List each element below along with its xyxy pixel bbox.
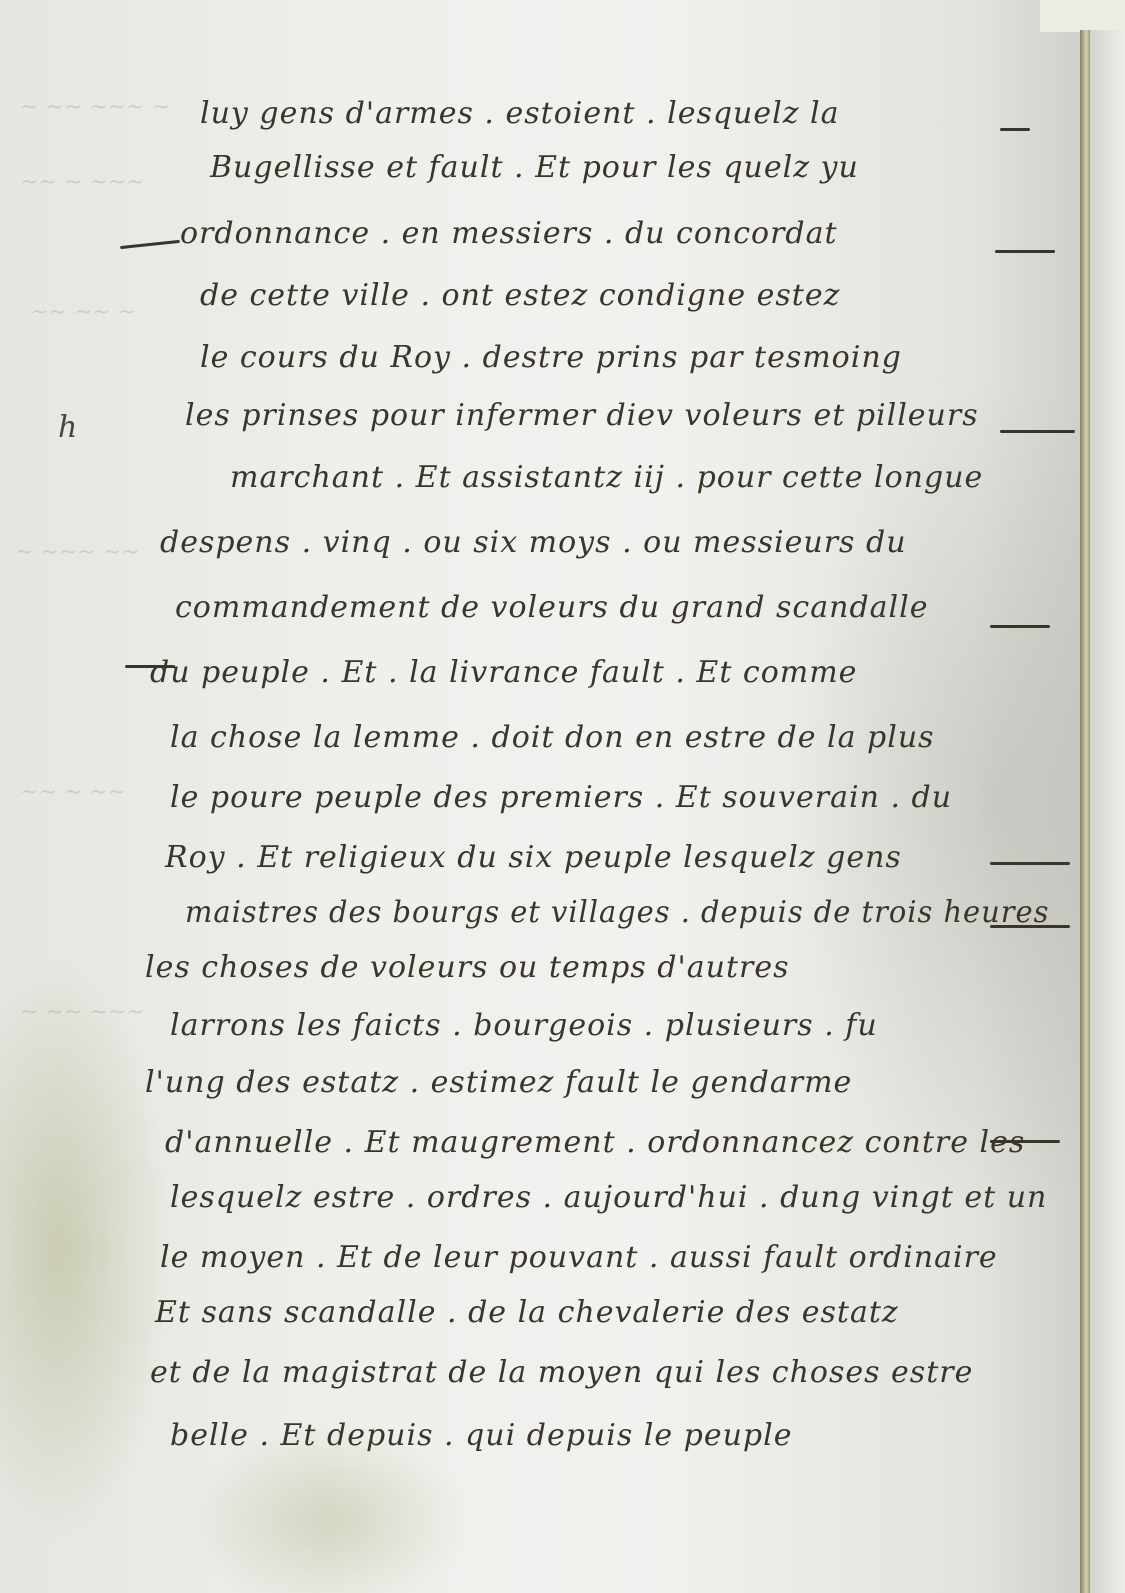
manuscript-line: ordonnance . en messiers . du concordat xyxy=(180,216,838,251)
line-filler-stroke xyxy=(990,862,1070,865)
manuscript-line: despens . vinq . ou six moys . ou messie… xyxy=(160,525,907,560)
manuscript-line: le cours du Roy . destre prins par tesmo… xyxy=(200,340,902,375)
manuscript-line: les choses de voleurs ou temps d'autres xyxy=(145,950,790,985)
binding-fold xyxy=(1080,30,1090,1593)
manuscript-line: belle . Et depuis . qui depuis le peuple xyxy=(170,1418,792,1453)
manuscript-line: commandement de voleurs du grand scandal… xyxy=(175,590,928,625)
bleed-through-text: ~ ~~ ~~~ ~ xyxy=(20,95,170,120)
background-edge xyxy=(1040,0,1125,32)
manuscript-line: luy gens d'armes . estoient . lesquelz l… xyxy=(200,96,840,131)
bleed-through-text: ~~ ~ ~~~ xyxy=(20,170,145,195)
margin-note: h xyxy=(58,410,77,445)
line-filler-stroke xyxy=(990,625,1050,628)
manuscript-line: de cette ville . ont estez condigne este… xyxy=(200,278,840,313)
line-filler-stroke xyxy=(1000,128,1030,131)
manuscript-line: le moyen . Et de leur pouvant . aussi fa… xyxy=(160,1240,998,1275)
manuscript-line: Et sans scandalle . de la chevalerie des… xyxy=(155,1295,899,1330)
bleed-through-text: ~ ~~ ~~~ xyxy=(20,1000,145,1025)
manuscript-line: Roy . Et religieux du six peuple lesquel… xyxy=(165,840,902,875)
manuscript-line: du peuple . Et . la livrance fault . Et … xyxy=(150,655,857,690)
flourish-stroke xyxy=(120,240,180,249)
manuscript-line: Bugellisse et fault . Et pour les quelz … xyxy=(210,150,859,185)
manuscript-line: l'ung des estatz . estimez fault le gend… xyxy=(145,1065,852,1100)
manuscript-line: d'annuelle . Et maugrement . ordonnancez… xyxy=(165,1125,1025,1160)
flourish-stroke xyxy=(125,665,175,668)
manuscript-line: maistres des bourgs et villages . depuis… xyxy=(185,895,1049,930)
manuscript-line: et de la magistrat de la moyen qui les c… xyxy=(150,1355,973,1390)
bleed-through-text: ~~ ~~ ~ xyxy=(30,300,136,325)
line-filler-stroke xyxy=(995,250,1055,253)
facing-leaf-edge xyxy=(1090,30,1125,1593)
bleed-through-text: ~ ~~~ ~~ xyxy=(15,540,140,565)
line-filler-stroke xyxy=(990,925,1070,928)
manuscript-line: marchant . Et assistantz iij . pour cett… xyxy=(230,460,983,495)
manuscript-line: le poure peuple des premiers . Et souver… xyxy=(170,780,952,815)
manuscript-line: larrons les faicts . bourgeois . plusieu… xyxy=(170,1008,878,1043)
manuscript-line: les prinses pour infermer diev voleurs e… xyxy=(185,398,979,433)
manuscript-line: la chose la lemme . doit don en estre de… xyxy=(170,720,935,755)
line-filler-stroke xyxy=(1000,430,1075,433)
bleed-through-text: ~~ ~ ~~ xyxy=(20,780,126,805)
manuscript-line: lesquelz estre . ordres . aujourd'hui . … xyxy=(170,1180,1047,1215)
manuscript-page: ~ ~~ ~~~ ~ ~~ ~ ~~~ ~~ ~~ ~ ~ ~~~ ~~ ~~ … xyxy=(0,0,1082,1593)
line-filler-stroke xyxy=(990,1140,1060,1143)
